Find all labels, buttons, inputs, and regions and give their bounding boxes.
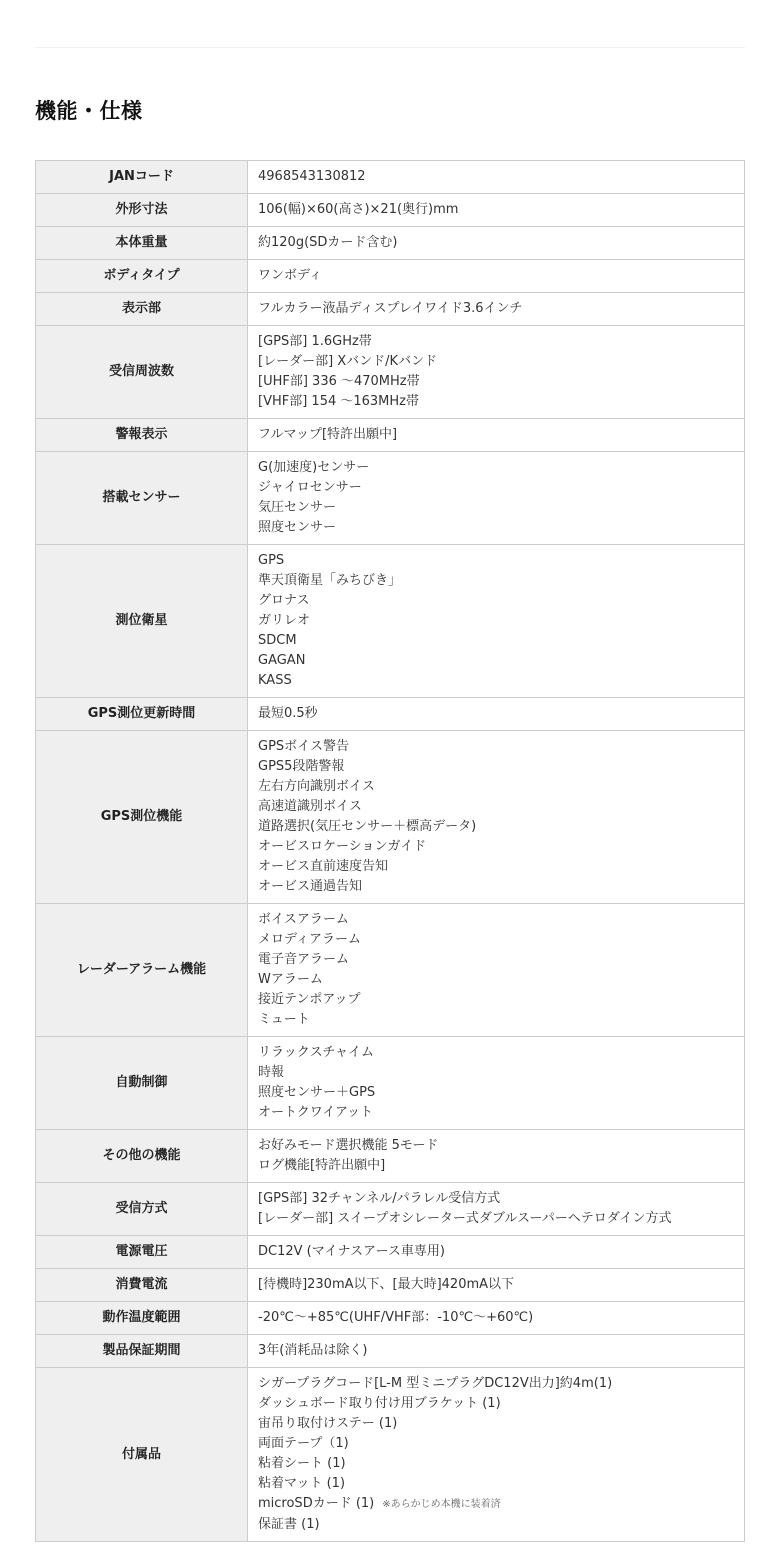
spec-value-text: リラックスチャイム <box>258 1045 374 1060</box>
spec-value-line: ワンボディ <box>258 266 734 286</box>
spec-value-line: 照度センサー＋GPS <box>258 1083 734 1103</box>
spec-value-text: 道路選択(気圧センサー＋標高データ) <box>258 819 476 834</box>
spec-value: [GPS部] 32チャンネル/パラレル受信方式[レーダー部] スイープオシレータ… <box>248 1183 745 1236</box>
spec-value-line: [レーダー部] スイープオシレーター式ダブルスーパーヘテロダイン方式 <box>258 1209 734 1229</box>
spec-value-line: 保証書 (1) <box>258 1515 734 1535</box>
spec-label: 警報表示 <box>36 419 248 452</box>
spec-value-text: お好みモード選択機能 5モード <box>258 1138 438 1153</box>
spec-value-line: お好みモード選択機能 5モード <box>258 1136 734 1156</box>
spec-value-line: 高速道識別ボイス <box>258 797 734 817</box>
spec-value-text: 両面テープ（1) <box>258 1436 349 1451</box>
spec-row: 自動制御リラックスチャイム時報照度センサー＋GPSオートクワイアット <box>36 1037 745 1130</box>
spec-label: 測位衛星 <box>36 545 248 698</box>
spec-value: G(加速度)センサージャイロセンサー気圧センサー照度センサー <box>248 452 745 545</box>
spec-value-line: オービス通過告知 <box>258 877 734 897</box>
spec-value-text: G(加速度)センサー <box>258 460 369 475</box>
spec-value-text: 左右方向識別ボイス <box>258 779 375 794</box>
spec-value-text: 粘着シート (1) <box>258 1456 346 1471</box>
spec-value: ワンボディ <box>248 260 745 293</box>
spec-value-text: オートクワイアット <box>258 1105 373 1120</box>
spec-value-text: 保証書 (1) <box>258 1517 320 1532</box>
spec-value-line: 接近テンポアップ <box>258 990 734 1010</box>
spec-value-line: GAGAN <box>258 651 734 671</box>
spec-value: GPSボイス警告GPS5段階警報左右方向識別ボイス高速道識別ボイス道路選択(気圧… <box>248 731 745 904</box>
spec-row: 搭載センサーG(加速度)センサージャイロセンサー気圧センサー照度センサー <box>36 452 745 545</box>
spec-value-line: フルマップ[特許出願中] <box>258 425 734 445</box>
spec-value-line: GPSボイス警告 <box>258 737 734 757</box>
spec-value: フルマップ[特許出願中] <box>248 419 745 452</box>
spec-value-line: Wアラーム <box>258 970 734 990</box>
spec-value-text: ワンボディ <box>258 268 322 283</box>
spec-value-line: microSDカード (1)※あらかじめ本機に装着済 <box>258 1494 734 1515</box>
spec-label: 製品保証期間 <box>36 1335 248 1368</box>
spec-label: 消費電流 <box>36 1269 248 1302</box>
spec-label: GPS測位機能 <box>36 731 248 904</box>
spec-value: フルカラー液晶ディスプレイワイド3.6インチ <box>248 293 745 326</box>
spec-value-text: 電子音アラーム <box>258 952 349 967</box>
spec-row: 外形寸法106(幅)×60(高さ)×21(奥行)mm <box>36 194 745 227</box>
spec-value-line: オービス直前速度告知 <box>258 857 734 877</box>
spec-value-text: 最短0.5秒 <box>258 706 318 721</box>
spec-row: JANコード4968543130812 <box>36 161 745 194</box>
spec-value: 106(幅)×60(高さ)×21(奥行)mm <box>248 194 745 227</box>
spec-value-line: [レーダー部] Xバンド/Kバンド <box>258 352 734 372</box>
spec-value-text: ダッシュボード取り付け用ブラケット (1) <box>258 1396 501 1411</box>
spec-value-text: オービス通過告知 <box>258 879 362 894</box>
spec-label: 受信方式 <box>36 1183 248 1236</box>
spec-row: GPS測位更新時間最短0.5秒 <box>36 698 745 731</box>
spec-label: ボディタイプ <box>36 260 248 293</box>
spec-value-text: [レーダー部] Xバンド/Kバンド <box>258 354 437 369</box>
spec-row: 動作温度範囲-20℃～+85℃(UHF/VHF部：-10℃～+60℃) <box>36 1302 745 1335</box>
spec-label: 動作温度範囲 <box>36 1302 248 1335</box>
spec-value-text: オービス直前速度告知 <box>258 859 388 874</box>
spec-value-text: 3年(消耗品は除く) <box>258 1343 367 1358</box>
spec-value-line: 粘着マット (1) <box>258 1474 734 1494</box>
spec-value: [GPS部] 1.6GHz帯[レーダー部] Xバンド/Kバンド[UHF部] 33… <box>248 326 745 419</box>
spec-value-line: ダッシュボード取り付け用ブラケット (1) <box>258 1394 734 1414</box>
spec-value-line: 粘着シート (1) <box>258 1454 734 1474</box>
spec-value-text: 宙吊り取付けステー (1) <box>258 1416 397 1431</box>
spec-value-line: グロナス <box>258 591 734 611</box>
spec-row: GPS測位機能GPSボイス警告GPS5段階警報左右方向識別ボイス高速道識別ボイス… <box>36 731 745 904</box>
spec-value-line: 道路選択(気圧センサー＋標高データ) <box>258 817 734 837</box>
spec-value-line: オービスロケーションガイド <box>258 837 734 857</box>
spec-label: 本体重量 <box>36 227 248 260</box>
spec-value: DC12V (マイナスアース車専用) <box>248 1236 745 1269</box>
spec-value-text: GPS5段階警報 <box>258 759 344 774</box>
spec-value-line: オートクワイアット <box>258 1103 734 1123</box>
spec-label: 外形寸法 <box>36 194 248 227</box>
spec-value-text: GPS <box>258 553 284 568</box>
spec-label: レーダーアラーム機能 <box>36 904 248 1037</box>
spec-value-text: フルマップ[特許出願中] <box>258 427 397 442</box>
spec-value-line: ガリレオ <box>258 611 734 631</box>
spec-value-text: 照度センサー＋GPS <box>258 1085 375 1100</box>
spec-row: 警報表示フルマップ[特許出願中] <box>36 419 745 452</box>
spec-row: 消費電流[待機時]230mA以下、[最大時]420mA以下 <box>36 1269 745 1302</box>
spec-value-text: -20℃～+85℃(UHF/VHF部：-10℃～+60℃) <box>258 1310 533 1325</box>
spec-value: リラックスチャイム時報照度センサー＋GPSオートクワイアット <box>248 1037 745 1130</box>
spec-value-text: 粘着マット (1) <box>258 1476 345 1491</box>
spec-row: 電源電圧DC12V (マイナスアース車専用) <box>36 1236 745 1269</box>
spec-value-text: 気圧センサー <box>258 500 336 515</box>
spec-value-text: ボイスアラーム <box>258 912 349 927</box>
spec-value-text: 接近テンポアップ <box>258 992 360 1007</box>
spec-row: 測位衛星GPS準天頂衛星「みちびき」グロナスガリレオSDCMGAGANKASS <box>36 545 745 698</box>
spec-value: GPS準天頂衛星「みちびき」グロナスガリレオSDCMGAGANKASS <box>248 545 745 698</box>
spec-row: 製品保証期間3年(消耗品は除く) <box>36 1335 745 1368</box>
spec-value-text: [UHF部] 336 ～470MHz帯 <box>258 374 420 389</box>
spec-value-line: フルカラー液晶ディスプレイワイド3.6インチ <box>258 299 734 319</box>
spec-row: 付属品シガープラグコード[L-M 型ミニプラグDC12V出力]約4m(1)ダッシ… <box>36 1368 745 1542</box>
spec-value: -20℃～+85℃(UHF/VHF部：-10℃～+60℃) <box>248 1302 745 1335</box>
spec-value-text: ミュート <box>258 1012 310 1027</box>
spec-value: お好みモード選択機能 5モードログ機能[特許出願中] <box>248 1130 745 1183</box>
spec-value-line: [GPS部] 1.6GHz帯 <box>258 332 734 352</box>
spec-value-text: 準天頂衛星「みちびき」 <box>258 573 401 588</box>
spec-value-text: メロディアラーム <box>258 932 361 947</box>
spec-row: 受信周波数[GPS部] 1.6GHz帯[レーダー部] Xバンド/Kバンド[UHF… <box>36 326 745 419</box>
spec-value-line: シガープラグコード[L-M 型ミニプラグDC12V出力]約4m(1) <box>258 1374 734 1394</box>
spec-row: 受信方式[GPS部] 32チャンネル/パラレル受信方式[レーダー部] スイープオ… <box>36 1183 745 1236</box>
spec-value: 最短0.5秒 <box>248 698 745 731</box>
spec-table: JANコード4968543130812外形寸法106(幅)×60(高さ)×21(… <box>35 160 745 1542</box>
spec-value-text: ガリレオ <box>258 613 310 628</box>
spec-value-text: [VHF部] 154 ～163MHz帯 <box>258 394 419 409</box>
spec-value-line: ボイスアラーム <box>258 910 734 930</box>
spec-value-line: 準天頂衛星「みちびき」 <box>258 571 734 591</box>
spec-value-line: 106(幅)×60(高さ)×21(奥行)mm <box>258 200 734 220</box>
spec-label: 受信周波数 <box>36 326 248 419</box>
spec-row: レーダーアラーム機能ボイスアラームメロディアラーム電子音アラームWアラーム接近テ… <box>36 904 745 1037</box>
spec-value-text: ジャイロセンサー <box>258 480 362 495</box>
spec-value-text: SDCM <box>258 633 297 648</box>
spec-value-text: 約120g(SDカード含む) <box>258 235 397 250</box>
spec-value-text: GPSボイス警告 <box>258 739 349 754</box>
spec-value-line: 気圧センサー <box>258 498 734 518</box>
spec-value-text: 4968543130812 <box>258 169 366 184</box>
spec-value-line: 宙吊り取付けステー (1) <box>258 1414 734 1434</box>
spec-value-line: 両面テープ（1) <box>258 1434 734 1454</box>
spec-value-line: [VHF部] 154 ～163MHz帯 <box>258 392 734 412</box>
spec-value: シガープラグコード[L-M 型ミニプラグDC12V出力]約4m(1)ダッシュボー… <box>248 1368 745 1542</box>
spec-value: 4968543130812 <box>248 161 745 194</box>
spec-value-line: SDCM <box>258 631 734 651</box>
spec-value-text: 高速道識別ボイス <box>258 799 362 814</box>
spec-value-text: [GPS部] 1.6GHz帯 <box>258 334 372 349</box>
spec-value-text: microSDカード (1) <box>258 1496 374 1511</box>
spec-value-text: 時報 <box>258 1065 284 1080</box>
spec-label: 電源電圧 <box>36 1236 248 1269</box>
spec-value-text: Wアラーム <box>258 972 323 987</box>
spec-label: 搭載センサー <box>36 452 248 545</box>
spec-value-text: フルカラー液晶ディスプレイワイド3.6インチ <box>258 301 523 316</box>
spec-value-line: -20℃～+85℃(UHF/VHF部：-10℃～+60℃) <box>258 1308 734 1328</box>
spec-label: 付属品 <box>36 1368 248 1542</box>
spec-value: 約120g(SDカード含む) <box>248 227 745 260</box>
spec-value-text: [GPS部] 32チャンネル/パラレル受信方式 <box>258 1191 500 1206</box>
spec-row: 本体重量約120g(SDカード含む) <box>36 227 745 260</box>
spec-value-line: ログ機能[特許出願中] <box>258 1156 734 1176</box>
spec-label: 表示部 <box>36 293 248 326</box>
spec-value-line: 電子音アラーム <box>258 950 734 970</box>
spec-label: その他の機能 <box>36 1130 248 1183</box>
spec-value-line: DC12V (マイナスアース車専用) <box>258 1242 734 1262</box>
top-divider <box>35 47 745 48</box>
spec-value-text: KASS <box>258 673 292 688</box>
spec-value-line: 時報 <box>258 1063 734 1083</box>
spec-label: JANコード <box>36 161 248 194</box>
spec-value-line: 4968543130812 <box>258 167 734 187</box>
spec-row: その他の機能お好みモード選択機能 5モードログ機能[特許出願中] <box>36 1130 745 1183</box>
spec-label: 自動制御 <box>36 1037 248 1130</box>
section-title: 機能・仕様 <box>35 96 143 126</box>
spec-value: ボイスアラームメロディアラーム電子音アラームWアラーム接近テンポアップミュート <box>248 904 745 1037</box>
spec-value-text: [レーダー部] スイープオシレーター式ダブルスーパーヘテロダイン方式 <box>258 1211 671 1226</box>
spec-value-text: シガープラグコード[L-M 型ミニプラグDC12V出力]約4m(1) <box>258 1376 612 1391</box>
spec-value-line: 左右方向識別ボイス <box>258 777 734 797</box>
spec-value-text: DC12V (マイナスアース車専用) <box>258 1244 445 1259</box>
spec-value-line: 照度センサー <box>258 518 734 538</box>
spec-row: ボディタイプワンボディ <box>36 260 745 293</box>
spec-value-text: GAGAN <box>258 653 305 668</box>
spec-value-text: オービスロケーションガイド <box>258 839 426 854</box>
spec-value-line: 約120g(SDカード含む) <box>258 233 734 253</box>
spec-label: GPS測位更新時間 <box>36 698 248 731</box>
spec-value-line: [GPS部] 32チャンネル/パラレル受信方式 <box>258 1189 734 1209</box>
spec-value-line: [待機時]230mA以下、[最大時]420mA以下 <box>258 1275 734 1295</box>
spec-value-line: 3年(消耗品は除く) <box>258 1341 734 1361</box>
spec-value-line: KASS <box>258 671 734 691</box>
spec-row: 表示部フルカラー液晶ディスプレイワイド3.6インチ <box>36 293 745 326</box>
spec-value-line: 最短0.5秒 <box>258 704 734 724</box>
spec-value-line: GPS <box>258 551 734 571</box>
spec-value-text: [待機時]230mA以下、[最大時]420mA以下 <box>258 1277 514 1292</box>
spec-value-line: GPS5段階警報 <box>258 757 734 777</box>
spec-value-line: ジャイロセンサー <box>258 478 734 498</box>
spec-value-line: リラックスチャイム <box>258 1043 734 1063</box>
spec-value-text: グロナス <box>258 593 309 608</box>
spec-value-line: メロディアラーム <box>258 930 734 950</box>
spec-value: 3年(消耗品は除く) <box>248 1335 745 1368</box>
spec-value-note: ※あらかじめ本機に装着済 <box>382 1499 500 1510</box>
spec-value-line: ミュート <box>258 1010 734 1030</box>
spec-value: [待機時]230mA以下、[最大時]420mA以下 <box>248 1269 745 1302</box>
spec-table-body: JANコード4968543130812外形寸法106(幅)×60(高さ)×21(… <box>36 161 745 1542</box>
spec-value-text: 106(幅)×60(高さ)×21(奥行)mm <box>258 202 458 217</box>
spec-value-text: ログ機能[特許出願中] <box>258 1158 385 1173</box>
spec-value-line: G(加速度)センサー <box>258 458 734 478</box>
spec-value-line: [UHF部] 336 ～470MHz帯 <box>258 372 734 392</box>
spec-value-text: 照度センサー <box>258 520 336 535</box>
